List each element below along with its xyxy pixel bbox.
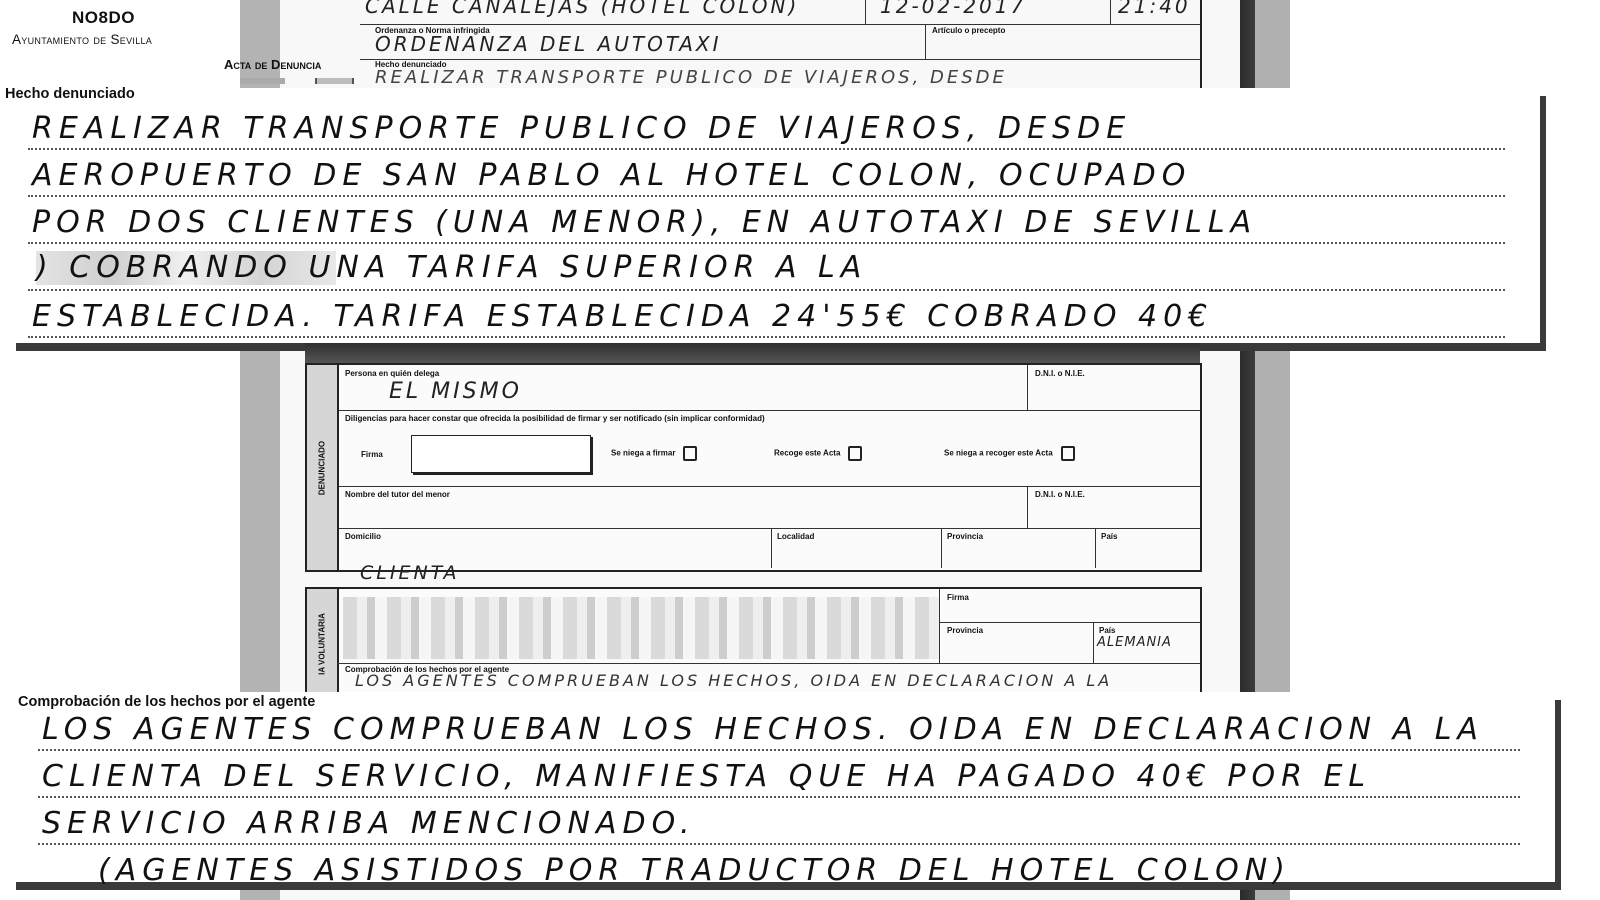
witness-provincia-label: Provincia bbox=[947, 626, 983, 635]
clienta-tag: CLIENTA bbox=[360, 562, 460, 584]
delegate-label: Persona en quién delega bbox=[345, 369, 439, 378]
witness-section: IA VOLUNTARIA Firma Provincia País ALEMA… bbox=[305, 587, 1202, 701]
check-callout: Comprobación de los hechos por el agente… bbox=[10, 692, 1555, 882]
checkbox[interactable] bbox=[683, 446, 697, 461]
refuse-collect-option[interactable]: Se niega a recoger este Acta bbox=[944, 446, 1075, 461]
redacted-witness-data bbox=[343, 597, 939, 659]
checkbox[interactable] bbox=[1061, 446, 1075, 461]
ordinance-value: ORDENANZA DEL AUTOTAXI bbox=[375, 32, 722, 56]
denunciado-section: DENUNCIADO Persona en quién delega EL MI… bbox=[305, 363, 1202, 572]
tutor-row: Nombre del tutor del menor D.N.I. o N.I.… bbox=[339, 486, 1200, 529]
city-logo: NO8DO Ayuntamiento de Sevilla bbox=[0, 0, 230, 90]
domicilio-label: Domicilio bbox=[345, 532, 381, 541]
witness-pais-label: País bbox=[1099, 626, 1115, 635]
collect-acta-option[interactable]: Recoge este Acta bbox=[774, 446, 862, 461]
callout-shadow-band bbox=[305, 343, 1200, 363]
delegate-value: EL MISMO bbox=[389, 379, 522, 404]
facts-line: ESTABLECIDA. TARIFA ESTABLECIDA 24'55€ C… bbox=[28, 291, 1505, 338]
redaction-bar bbox=[240, 78, 285, 84]
facts-line: AEROPUERTO DE SAN PABLO AL HOTEL COLON, … bbox=[28, 150, 1505, 197]
time-value: 21:40 bbox=[1118, 0, 1191, 18]
check-line: CLIENTA DEL SERVICIO, MANIFIESTA QUE HA … bbox=[38, 751, 1520, 798]
denounced-preview-row: Hecho denunciado REALIZAR TRANSPORTE PUB… bbox=[360, 59, 1200, 88]
dni-label: D.N.I. o N.I.E. bbox=[1035, 369, 1085, 378]
location-date-row: CALLE CANALEJAS (HOTEL COLON) 12-02-2017… bbox=[360, 0, 1200, 25]
facts-lines: REALIZAR TRANSPORTE PUBLICO DE VIAJEROS,… bbox=[28, 103, 1505, 338]
diligencias-row: Diligencias para hacer constar que ofrec… bbox=[339, 410, 1200, 487]
denunciado-side-label: DENUNCIADO bbox=[307, 365, 339, 570]
firma-label: Firma bbox=[361, 450, 383, 459]
facts-callout: Hecho denunciado REALIZAR TRANSPORTE PUB… bbox=[10, 88, 1540, 343]
location-value: CALLE CANALEJAS (HOTEL COLON) bbox=[365, 0, 799, 18]
date-value: 12-02-2017 bbox=[880, 0, 1026, 18]
facts-line: POR DOS CLIENTES (UNA MENOR), EN AUTOTAX… bbox=[28, 197, 1505, 244]
tutor-dni-label: D.N.I. o N.I.E. bbox=[1035, 490, 1085, 499]
facts-title: Hecho denunciado bbox=[5, 86, 135, 102]
denounced-preview: REALIZAR TRANSPORTE PUBLICO DE VIAJEROS,… bbox=[375, 67, 1007, 88]
check-lines: LOS AGENTES COMPRUEBAN LOS HECHOS. OIDA … bbox=[38, 704, 1520, 890]
facts-line: REALIZAR TRANSPORTE PUBLICO DE VIAJEROS,… bbox=[28, 103, 1505, 150]
localidad-label: Localidad bbox=[777, 532, 814, 541]
witness-firma-label: Firma bbox=[947, 593, 969, 602]
check-line: LOS AGENTES COMPRUEBAN LOS HECHOS. OIDA … bbox=[38, 704, 1520, 751]
pais-label: País bbox=[1101, 532, 1117, 541]
delegate-row: Persona en quién delega EL MISMO D.N.I. … bbox=[339, 365, 1200, 411]
check-line: SERVICIO ARRIBA MENCIONADO. bbox=[38, 798, 1520, 845]
checkbox[interactable] bbox=[848, 446, 862, 461]
city-name: Ayuntamiento de Sevilla bbox=[12, 32, 152, 47]
facts-line: () COBRANDO UNA TARIFA SUPERIOR A LA bbox=[28, 244, 1505, 291]
diligencias-label: Diligencias para hacer constar que ofrec… bbox=[345, 414, 765, 423]
witness-side-label: IA VOLUNTARIA bbox=[307, 589, 339, 699]
check-line: (AGENTES ASISTIDOS POR TRADUCTOR DEL HOT… bbox=[38, 845, 1520, 890]
signature-box[interactable] bbox=[411, 435, 591, 473]
redaction-bar bbox=[315, 78, 354, 84]
tutor-label: Nombre del tutor del menor bbox=[345, 490, 450, 499]
refuse-sign-option[interactable]: Se niega a firmar bbox=[611, 446, 697, 461]
top-form-box: CALLE CANALEJAS (HOTEL COLON) 12-02-2017… bbox=[360, 0, 1202, 88]
address-row: Domicilio Localidad Provincia País bbox=[339, 528, 1200, 568]
witness-pais-value: ALEMANIA bbox=[1097, 635, 1172, 650]
comprobacion-preview: LOS AGENTES COMPRUEBAN LOS HECHOS, OIDA … bbox=[355, 671, 1112, 690]
logo-mark: NO8DO bbox=[72, 8, 135, 28]
ordinance-row: Ordenanza o Norma infringida ORDENANZA D… bbox=[360, 24, 1200, 60]
article-label: Artículo o precepto bbox=[932, 26, 1005, 35]
document-title: Acta de Denuncia bbox=[224, 57, 321, 72]
provincia-label: Provincia bbox=[947, 532, 983, 541]
